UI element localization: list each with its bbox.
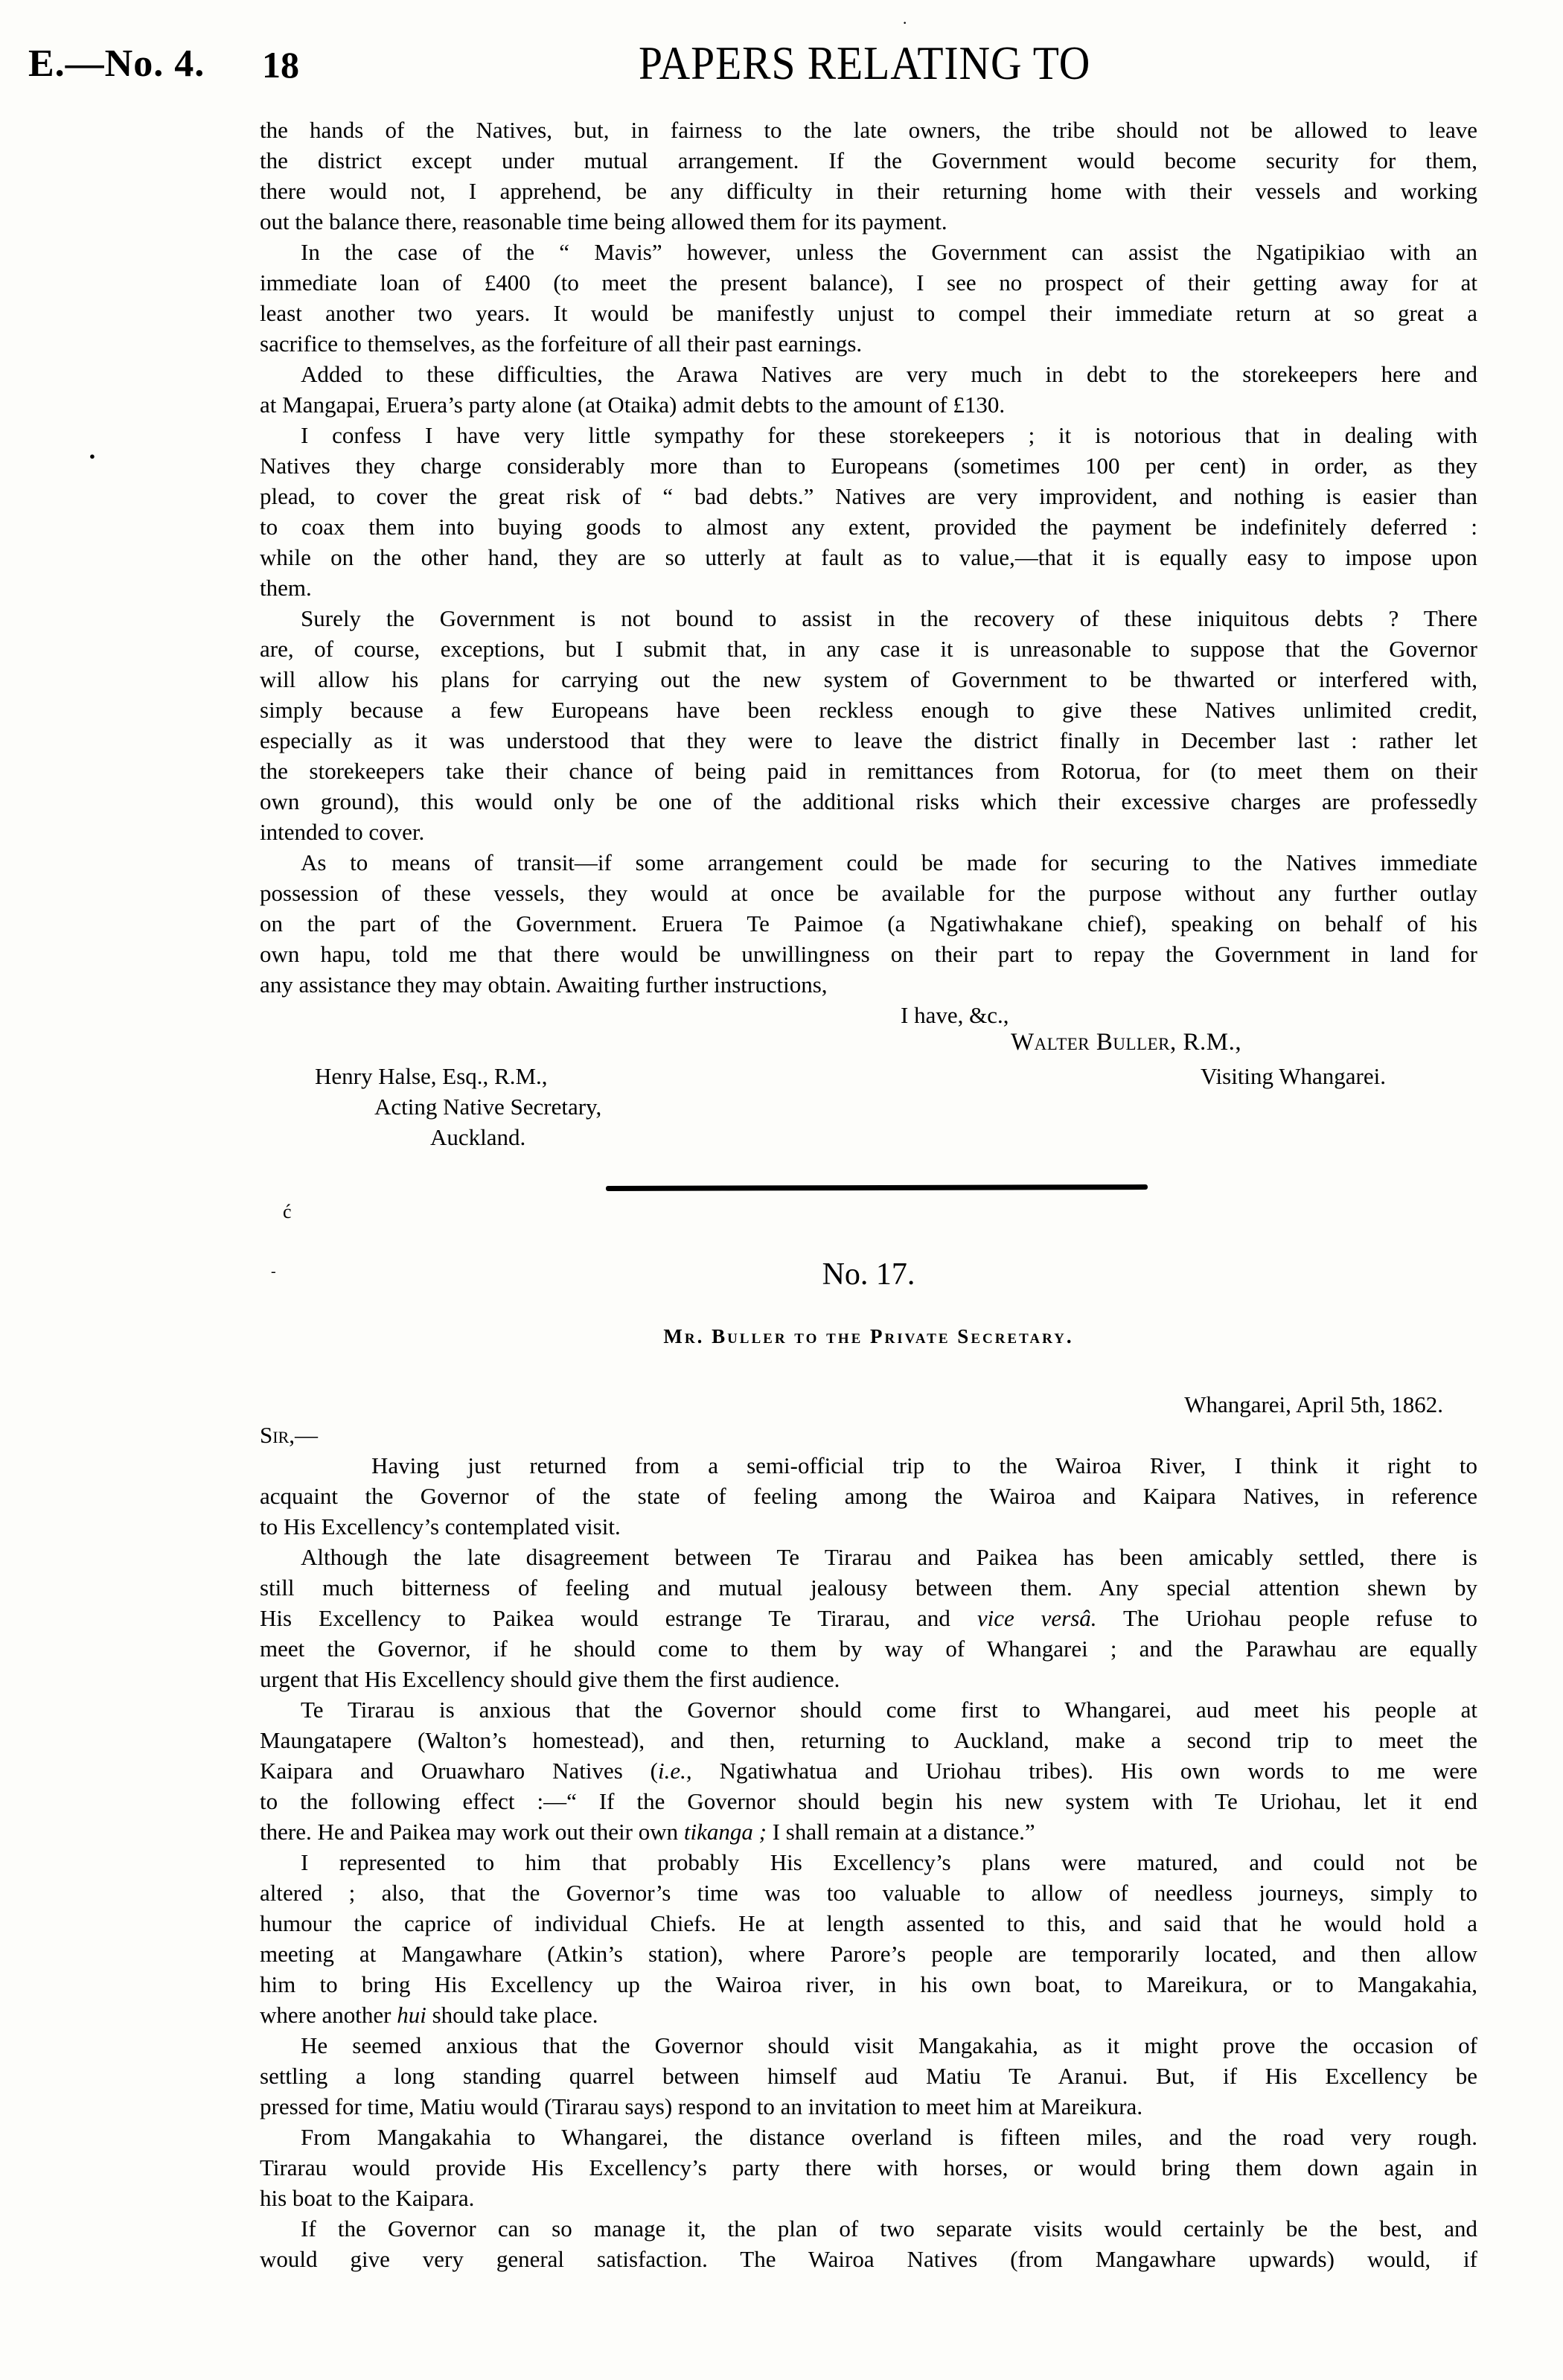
text-line: at Mangapai, Eruera’s party alone (at Ot… [260,389,1477,420]
letter-number-heading: No. 17. [260,1257,1477,1292]
text-line: there would not, I apprehend, be any dif… [260,176,1477,206]
text-line: Having just returned from a semi-officia… [260,1450,1477,1481]
text-line: meeting at Mangawhare (Atkin’s station),… [260,1939,1477,1969]
text-line: intended to cover. [260,817,1477,847]
text-line: Maungatapere (Walton’s homestead), and t… [260,1725,1477,1755]
dateline: Whangarei, April 5th, 1862. [260,1389,1477,1420]
running-title: PAPERS RELATING TO [639,36,1090,91]
text-line: plead, to cover the great risk of “ bad … [260,481,1477,511]
text-line: From Mangakahia to Whangarei, the distan… [260,2122,1477,2152]
ink-speck: · [902,15,907,31]
signature-role: Visiting Whangarei. [1201,1061,1386,1091]
text-line: out the balance there, reasonable time b… [260,206,1477,237]
text-line: simply because a few Europeans have been… [260,695,1477,725]
text-line: humour the caprice of individual Chiefs.… [260,1908,1477,1939]
text-line: the storekeepers take their chance of be… [260,756,1477,786]
section-divider-rule [606,1184,1148,1191]
text-line: while on the other hand, they are so utt… [260,542,1477,572]
ink-speck: ● [89,451,95,461]
valediction: I have, &c., [901,1000,1009,1030]
text-line: the hands of the Natives, but, in fairne… [260,115,1477,145]
letter-16-body: the hands of the Natives, but, in fairne… [260,115,1477,1000]
text-line: Added to these difficulties, the Arawa N… [260,359,1477,389]
salutation: Sir,— [260,1420,1477,1450]
addressee-name: Henry Halse, Esq., R.M., [315,1061,548,1091]
signature-name: Walter Buller, R.M., [1011,1027,1241,1058]
text-line: urgent that His Excellency should give t… [260,1664,1477,1694]
letter-subject-heading: Mr. Buller to the Private Secretary. [260,1325,1477,1348]
letter-17-paragraphs: Having just returned from a semi-officia… [260,1450,1477,2274]
text-line: are, of course, exceptions, but I submit… [260,634,1477,664]
text-line: immediate loan of £400 (to meet the pres… [260,267,1477,298]
text-line: As to means of transit—if some arrangeme… [260,847,1477,878]
text-line: will allow his plans for carrying out th… [260,664,1477,695]
text-line: them. [260,572,1477,603]
text-line: still much bitterness of feeling and mut… [260,1572,1477,1603]
text-line: altered ; also, that the Governor’s time… [260,1877,1477,1908]
text-line: possession of these vessels, they would … [260,878,1477,908]
text-line: Although the late disagreement between T… [260,1542,1477,1572]
text-line: would give very general satisfaction. Th… [260,2244,1477,2274]
text-line: least another two years. It would be man… [260,298,1477,328]
text-line: His Excellency to Paikea would estrange … [260,1603,1477,1633]
text-line: Surely the Government is not bound to as… [260,603,1477,634]
page-number: 18 [262,43,299,86]
text-line: any assistance they may obtain. Awaiting… [260,969,1477,1000]
text-line: on the part of the Government. Eruera Te… [260,908,1477,939]
text-line: I confess I have very little sympathy fo… [260,420,1477,450]
text-line: the district except under mutual arrange… [260,145,1477,176]
ink-speck: - [271,1264,276,1279]
text-line: his boat to the Kaipara. [260,2183,1477,2213]
text-line: own hapu, told me that there would be un… [260,939,1477,969]
text-line: where another hui should take place. [260,2000,1477,2030]
document-reference: E.—No. 4. [28,42,205,86]
text-line: to coax them into buying goods to almost… [260,511,1477,542]
text-line: I represented to him that probably His E… [260,1847,1477,1877]
ink-speck: ć [283,1202,292,1222]
text-line: there. He and Paikea may work out their … [260,1816,1477,1847]
text-line: sacrifice to themselves, as the forfeitu… [260,328,1477,359]
addressee-title: Acting Native Secretary, [374,1091,601,1122]
scanned-document-page: E.—No. 4. 18 PAPERS RELATING TO the hand… [0,0,1563,2380]
text-line: him to bring His Excellency up the Wairo… [260,1969,1477,2000]
text-line: Natives they charge considerably more th… [260,450,1477,481]
text-line: Te Tirarau is anxious that the Governor … [260,1694,1477,1725]
text-line: He seemed anxious that the Governor shou… [260,2030,1477,2061]
addressee-place: Auckland. [430,1122,525,1152]
text-line: If the Governor can so manage it, the pl… [260,2213,1477,2244]
text-line: Kaipara and Oruawharo Natives (i.e., Nga… [260,1755,1477,1786]
text-line: In the case of the “ Mavis” however, unl… [260,237,1477,267]
text-line: settling a long standing quarrel between… [260,2061,1477,2091]
text-line: Tirarau would provide His Excellency’s p… [260,2152,1477,2183]
text-line: acquaint the Governor of the state of fe… [260,1481,1477,1511]
letter-17-body: Whangarei, April 5th, 1862. Sir,— Having… [260,1389,1477,2274]
text-line: pressed for time, Matiu would (Tirarau s… [260,2091,1477,2122]
text-line: own ground), this would only be one of t… [260,786,1477,817]
text-line: to His Excellency’s contemplated visit. [260,1511,1477,1542]
text-line: to the following effect :—“ If the Gover… [260,1786,1477,1816]
text-line: meet the Governor, if he should come to … [260,1633,1477,1664]
text-line: especially as it was understood that the… [260,725,1477,756]
